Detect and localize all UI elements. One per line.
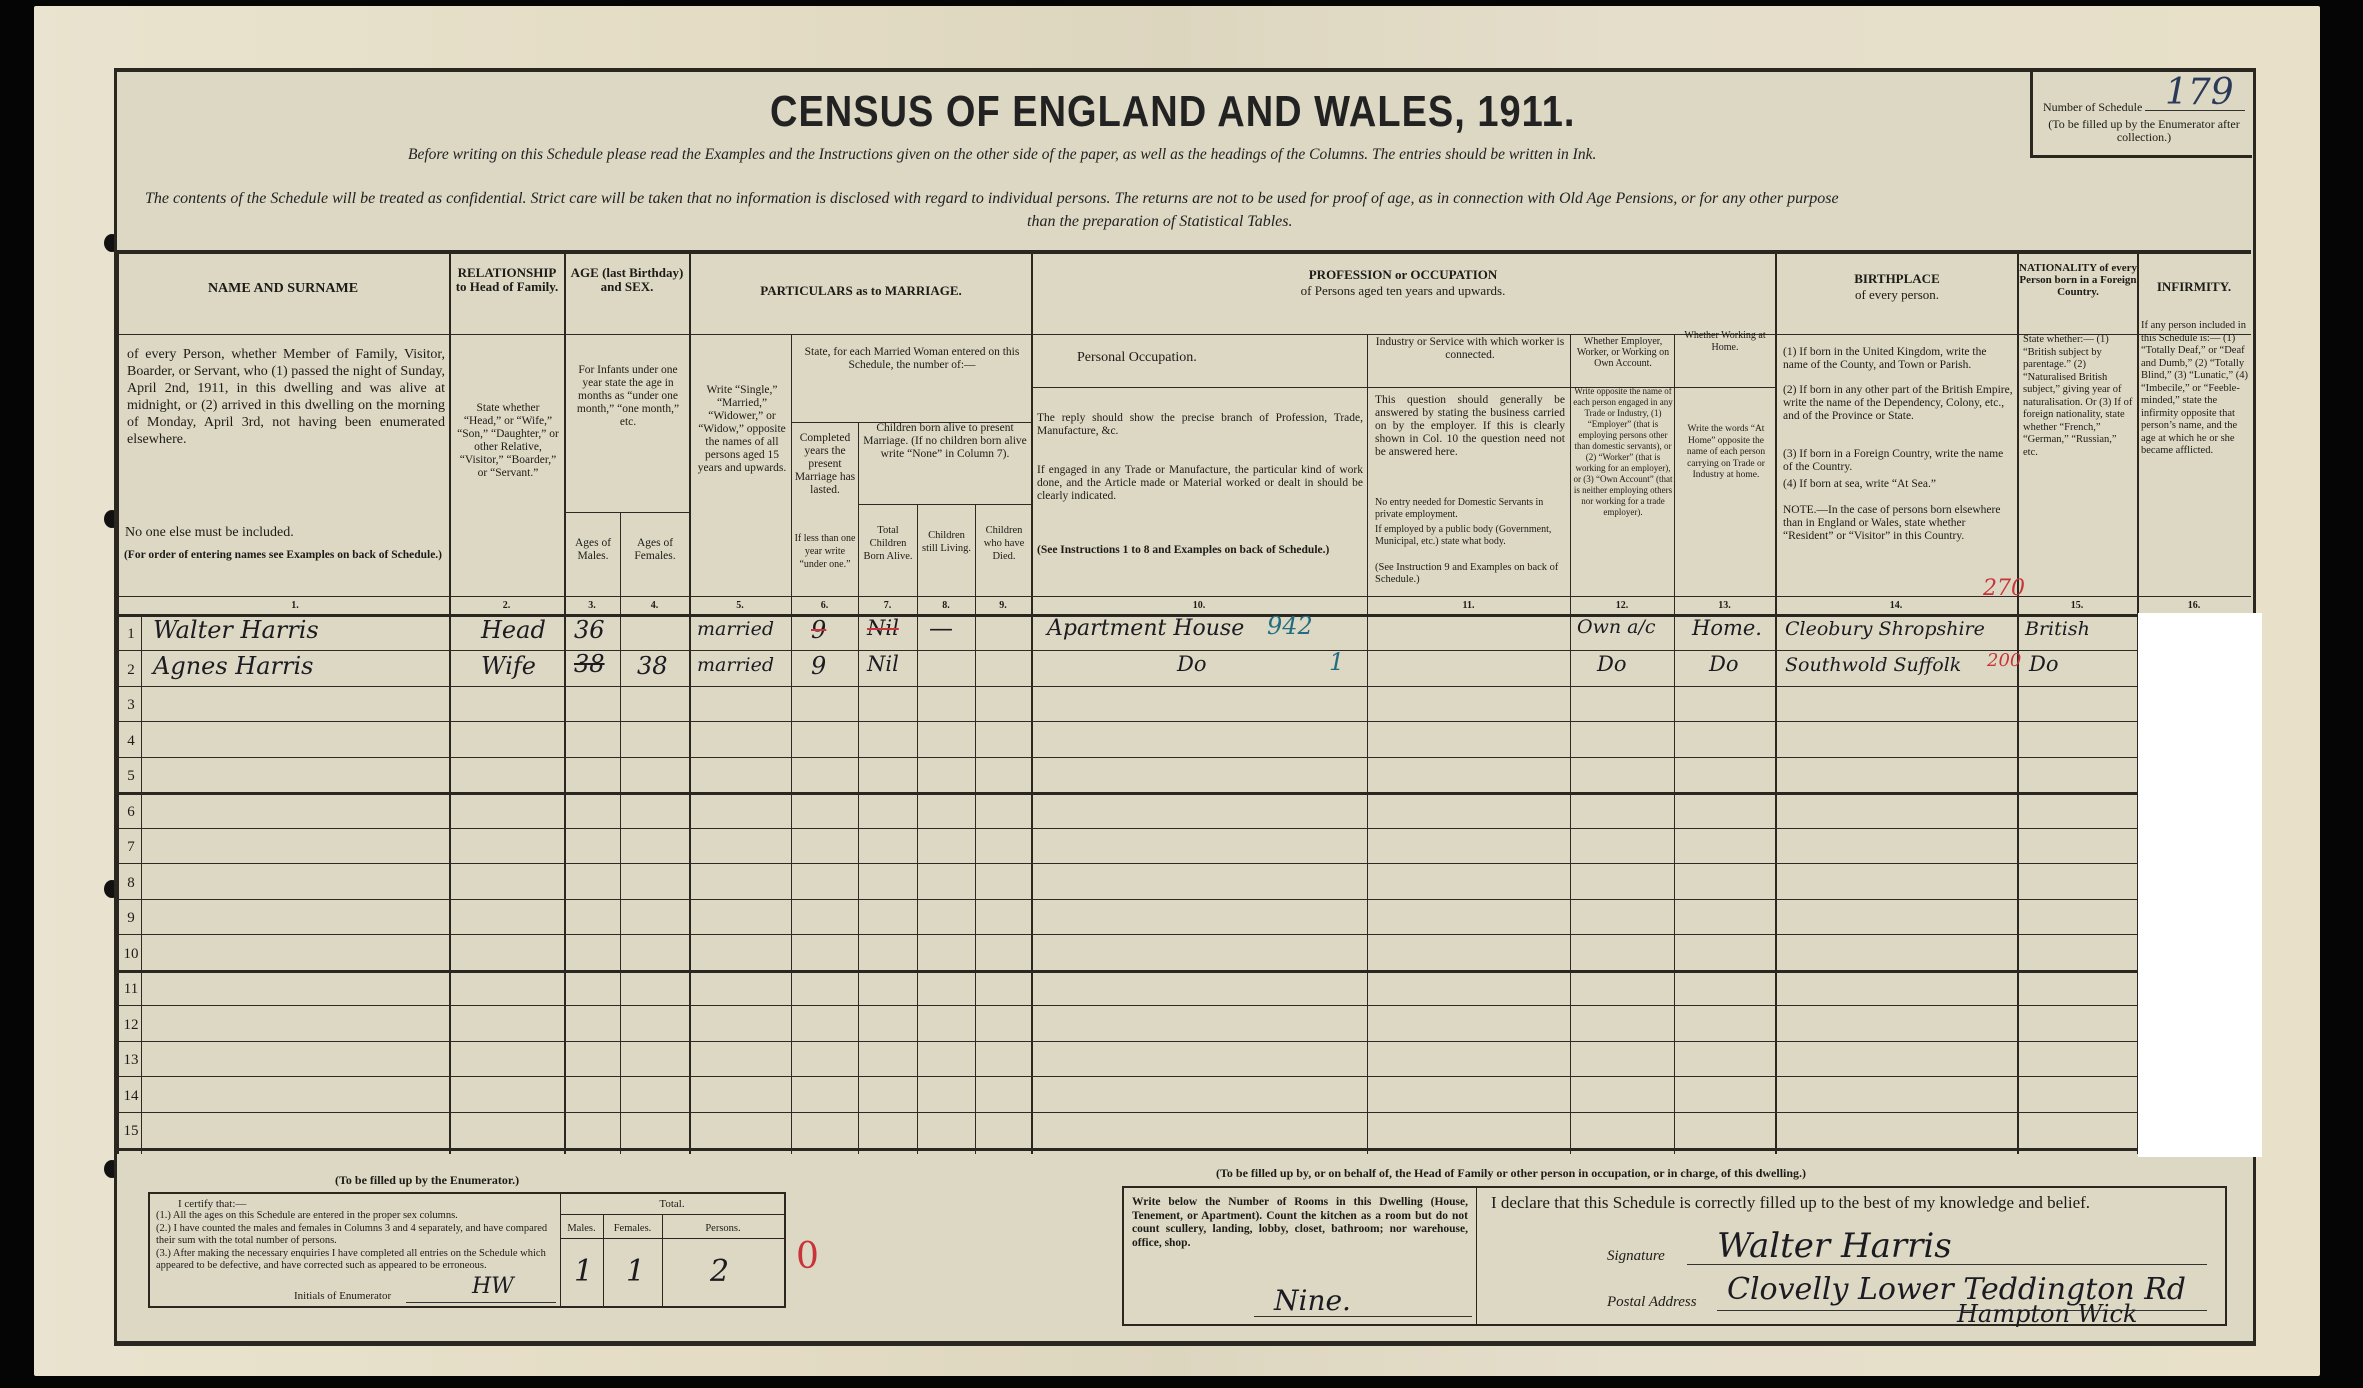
redacted-infirmity-column — [2138, 613, 2262, 1157]
ages-of-females-label: Ages of Females. — [623, 537, 687, 563]
birthplace-inst-1: (1) If born in the United Kingdom, write… — [1783, 346, 2013, 372]
row-number: 6 — [121, 804, 141, 821]
entry-relationship: Wife — [481, 652, 536, 680]
entry-birthplace-code: 200 — [1987, 650, 2021, 671]
children-died-label: Children who have Died. — [977, 524, 1031, 563]
row-number: 9 — [121, 910, 141, 927]
header-birthplace-subtitle: of every person. — [1777, 288, 2017, 302]
enumerator-heading: (To be filled up by the Enumerator.) — [335, 1173, 519, 1188]
rooms-box: Write below the Number of Rooms in this … — [1122, 1186, 1477, 1326]
entry-at-home: Home. — [1692, 616, 1762, 640]
row-line — [117, 1041, 2251, 1042]
nationality-instructions: State whether:— (1) “British subject by … — [2023, 334, 2133, 459]
column-number: 10. — [1031, 600, 1367, 611]
row-number: 11 — [121, 981, 141, 998]
total-persons: 2 — [710, 1254, 729, 1289]
col-divider — [1775, 254, 1777, 1154]
header-divider — [564, 512, 689, 513]
header-divider — [117, 596, 2251, 597]
row-line — [117, 1148, 2251, 1151]
entry-years-married: 9 — [811, 616, 826, 644]
entry-occupation-code: 1 — [1329, 648, 1344, 676]
red-check-mark: 0 — [796, 1236, 819, 1277]
total-females: 1 — [626, 1254, 645, 1289]
entry-marriage: married — [697, 618, 774, 640]
entry-children-total: Nil — [867, 616, 899, 640]
row-number-divider — [141, 614, 142, 1154]
census-grid: NAME AND SURNAME of every Person, whethe… — [117, 250, 2251, 1154]
header-infirmity: INFIRMITY. — [2139, 280, 2249, 294]
row-line — [117, 899, 2251, 900]
birthplace-inst-4: (4) If born at sea, write “At Sea.” — [1783, 478, 2013, 491]
row-number: 5 — [121, 768, 141, 785]
col-divider — [791, 334, 792, 1154]
entry-children-living: — — [929, 614, 953, 642]
entry-birthplace: Cleobury Shropshire — [1785, 618, 1985, 640]
enumerator-initials: HW — [472, 1274, 514, 1299]
header-nationality: NATIONALITY of every Person born in a Fo… — [2019, 262, 2137, 298]
column-number: 7. — [858, 600, 917, 611]
column-number: 1. — [141, 600, 449, 611]
column-number: 11. — [1367, 600, 1570, 611]
column-number: 15. — [2017, 600, 2137, 611]
col-divider — [117, 254, 119, 1154]
header-divider — [858, 504, 1031, 505]
rooms-count: Nine. — [1274, 1284, 1351, 1317]
initials-underline — [406, 1302, 556, 1303]
industry-label: Industry or Service with which worker is… — [1373, 336, 1567, 362]
occupier-heading: (To be filled up by, or on behalf of, th… — [1216, 1166, 1806, 1181]
persons-label: Persons. — [662, 1220, 784, 1237]
industry-inst-4: (See Instruction 9 and Examples on back … — [1375, 562, 1565, 586]
entry-birthplace-code: 270 — [1983, 576, 2025, 601]
relationship-instructions: State whether “Head,” or “Wife,” “Son,” … — [457, 402, 559, 480]
infirmity-instructions: If any person included in this Schedule … — [2141, 320, 2249, 458]
column-number: 16. — [2137, 600, 2251, 611]
ages-of-males-label: Ages of Males. — [567, 537, 619, 563]
entry-nationality: British — [2025, 618, 2090, 640]
entry-at-home: Do — [1709, 652, 1738, 676]
age-instructions: For Infants under one year state the age… — [569, 364, 687, 429]
header-occupation: PROFESSION or OCCUPATION — [1031, 268, 1775, 282]
total-males: 1 — [574, 1254, 593, 1289]
row-number: 10 — [121, 946, 141, 963]
col-divider — [1031, 254, 1033, 1154]
entry-children-total: Nil — [867, 652, 899, 676]
birthplace-inst-2: (2) If born in any other part of the Bri… — [1783, 384, 2013, 423]
entry-employer: Do — [1597, 652, 1626, 676]
entry-age-female: 38 — [637, 652, 668, 680]
industry-inst-2: No entry needed for Domestic Servants in… — [1375, 497, 1565, 521]
entry-marriage: married — [697, 654, 774, 676]
column-number: 13. — [1674, 600, 1775, 611]
personal-occupation-inst-3: (See Instructions 1 to 8 and Examples on… — [1037, 544, 1363, 557]
name-order-note: (For order of entering names see Example… — [123, 549, 443, 562]
entry-nationality: Do — [2029, 652, 2058, 676]
col-divider — [1570, 334, 1571, 1154]
row-line — [117, 686, 2251, 687]
personal-occupation-inst-1: The reply should show the precise branch… — [1037, 412, 1363, 438]
row-number: 7 — [121, 839, 141, 856]
row-line — [117, 970, 2251, 973]
employer-instructions: Write opposite the name of each person e… — [1573, 386, 1673, 518]
row-number: 4 — [121, 733, 141, 750]
certify-item-2: (2.) I have counted the males and female… — [156, 1223, 554, 1247]
entry-occupation-code: 942 — [1267, 612, 1313, 640]
row-line — [117, 792, 2251, 795]
certify-label: I certify that:— — [178, 1198, 246, 1210]
totals-line — [560, 1238, 784, 1239]
totals-line — [560, 1214, 784, 1215]
col-divider — [1674, 334, 1675, 1154]
schedule-number-label: Number of Schedule — [2043, 100, 2142, 115]
industry-inst-3: If employed by a public body (Government… — [1375, 524, 1565, 548]
at-home-label: Whether Working at Home. — [1677, 330, 1773, 354]
row-line — [117, 1005, 2251, 1006]
declaration-box: I declare that this Schedule is correctl… — [1477, 1186, 2227, 1326]
row-line — [117, 863, 2251, 864]
schedule-number-value: 179 — [2165, 72, 2234, 113]
row-number: 2 — [121, 662, 141, 679]
personal-occupation-label: Personal Occupation. — [1077, 349, 1277, 366]
declaration-text: I declare that this Schedule is correctl… — [1491, 1194, 2090, 1211]
header-age: AGE (last Birthday) and SEX. — [566, 266, 688, 294]
at-home-instructions: Write the words “At Home” opposite the n… — [1679, 424, 1773, 482]
certify-item-1: (1.) All the ages on this Schedule are e… — [156, 1210, 554, 1222]
marriage-condition-instructions: Write “Single,” “Married,” “Widower,” or… — [695, 384, 789, 475]
column-number: 8. — [917, 600, 975, 611]
header-divider — [117, 334, 2251, 335]
children-living-label: Children still Living. — [919, 529, 974, 555]
column-number: 5. — [689, 600, 791, 611]
certify-item-3: (3.) After making the necessary enquirie… — [156, 1248, 554, 1272]
header-marriage: PARTICULARS as to MARRIAGE. — [691, 284, 1031, 298]
entry-name: Agnes Harris — [153, 652, 313, 680]
enumerator-certificate-box: I certify that:— (1.) All the ages on th… — [148, 1192, 786, 1308]
postal-address-label: Postal Address — [1607, 1294, 1697, 1311]
row-line — [117, 934, 2251, 935]
column-number: 3. — [564, 600, 620, 611]
column-number: 14. — [1775, 600, 2017, 611]
row-number: 3 — [121, 697, 141, 714]
industry-inst-1: This question should generally be answer… — [1375, 394, 1565, 459]
row-line — [117, 828, 2251, 829]
header-occupation-subtitle: of Persons aged ten years and upwards. — [1031, 284, 1775, 298]
column-number: 4. — [620, 600, 689, 611]
entry-occupation: Apartment House — [1047, 616, 1244, 641]
header-name: NAME AND SURNAME — [117, 282, 449, 296]
schedule-number-note: (To be filled up by the Enumerator after… — [2039, 118, 2249, 144]
header-relationship: RELATIONSHIP to Head of Family. — [451, 266, 563, 294]
row-line — [117, 650, 2251, 651]
entry-age-male: 36 — [574, 616, 605, 644]
row-number: 14 — [121, 1088, 141, 1105]
entry-employer: Own a/c — [1577, 616, 1656, 638]
row-number: 13 — [121, 1052, 141, 1069]
entry-relationship: Head — [481, 616, 546, 644]
entry-name: Walter Harris — [153, 616, 319, 644]
row-line — [117, 757, 2251, 758]
instruction-line: Before writing on this Schedule please r… — [408, 146, 1596, 164]
birthplace-note: NOTE.—In the case of persons born elsewh… — [1783, 504, 2013, 543]
row-number: 1 — [121, 626, 141, 643]
row-number: 8 — [121, 875, 141, 892]
row-number: 15 — [121, 1123, 141, 1140]
employer-label: Whether Employer, Worker, or Working on … — [1573, 336, 1673, 369]
col-divider — [689, 254, 691, 1154]
entry-birthplace: Southwold Suffolk — [1785, 654, 1961, 676]
years-married-note: If less than one year write “under one.” — [794, 532, 856, 571]
col-divider — [2017, 254, 2019, 1154]
column-number: 9. — [975, 600, 1031, 611]
signature: Walter Harris — [1717, 1226, 1952, 1266]
column-number: 6. — [791, 600, 858, 611]
col-divider — [564, 254, 566, 1154]
row-line — [117, 1076, 2251, 1077]
rooms-instruction: Write below the Number of Rooms in this … — [1132, 1196, 1468, 1250]
total-label: Total. — [560, 1196, 784, 1213]
entry-occupation: Do — [1177, 652, 1206, 676]
row-number: 12 — [121, 1017, 141, 1034]
name-instructions: of every Person, whether Member of Famil… — [127, 346, 445, 448]
postal-address-line-2: Hampton Wick — [1957, 1300, 2137, 1328]
column-number: 12. — [1570, 600, 1674, 611]
married-woman-instructions: State, for each Married Woman entered on… — [801, 346, 1023, 372]
header-birthplace: BIRTHPLACE — [1777, 272, 2017, 286]
row-line — [117, 721, 2251, 722]
col-divider — [858, 422, 859, 1154]
row-line — [117, 1112, 2251, 1113]
children-header: Children born alive to present Marriage.… — [862, 422, 1028, 461]
entry-years-married: 9 — [811, 652, 826, 680]
total-children-label: Total Children Born Alive. — [860, 524, 916, 563]
birthplace-inst-3: (3) If born in a Foreign Country, write … — [1783, 448, 2013, 474]
females-label: Females. — [603, 1220, 662, 1237]
years-married-label: Completed years the present Marriage has… — [794, 432, 856, 497]
col-divider — [449, 254, 451, 1154]
enumerator-initials-label: Initials of Enumerator — [294, 1288, 391, 1305]
column-number: 2. — [449, 600, 564, 611]
signature-label: Signature — [1607, 1248, 1665, 1265]
form-title: CENSUS OF ENGLAND AND WALES, 1911. — [770, 88, 1575, 137]
name-note: No one else must be included. — [125, 524, 443, 541]
schedule-number-box: Number of Schedule 179 (To be filled up … — [2030, 70, 2252, 158]
col-divider — [1367, 334, 1368, 1154]
confidential-line: The contents of the Schedule will be tre… — [145, 190, 1839, 208]
males-label: Males. — [560, 1220, 603, 1237]
personal-occupation-inst-2: If engaged in any Trade or Manufacture, … — [1037, 464, 1363, 503]
entry-age-male: 38 — [574, 650, 605, 678]
confidential-line-2: than the preparation of Statistical Tabl… — [1027, 213, 1293, 231]
